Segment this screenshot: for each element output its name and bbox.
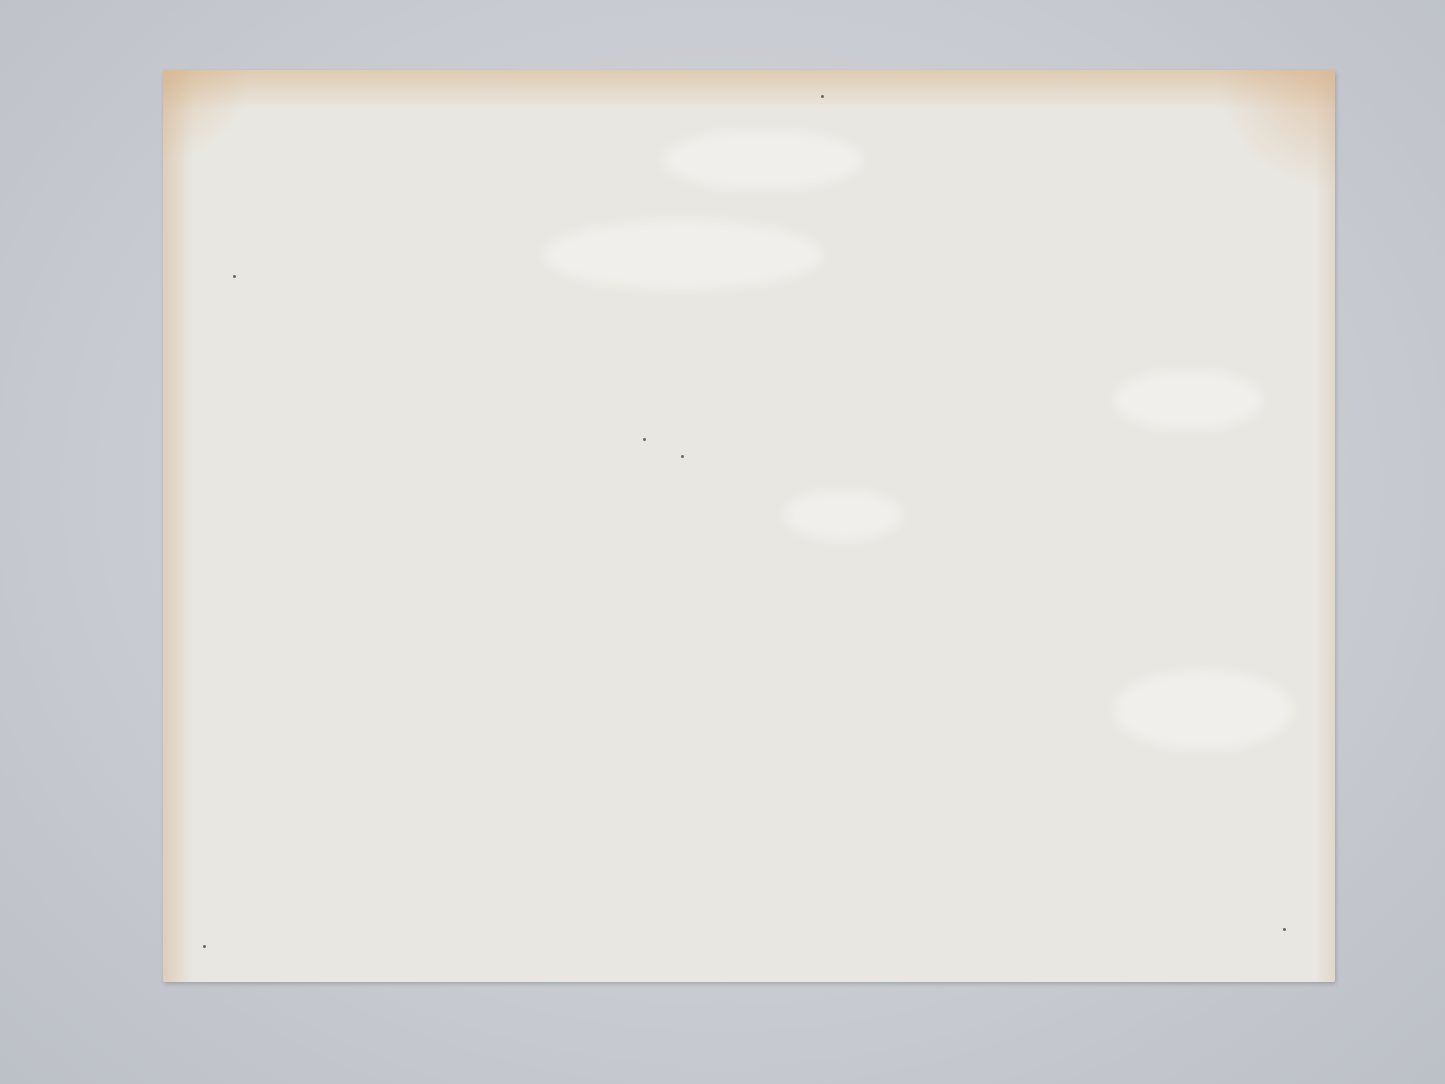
paper-crease (543, 220, 823, 290)
paper-speck (203, 945, 206, 948)
paper-crease (783, 490, 903, 540)
paper-sheet (163, 70, 1335, 982)
paper-speck (1283, 928, 1286, 931)
paper-crease (1113, 370, 1263, 430)
paper-speck (643, 438, 646, 441)
paper-speck (233, 275, 236, 278)
paper-speck (821, 95, 824, 98)
paper-speck (681, 455, 684, 458)
paper-crease (663, 130, 863, 190)
paper-crease (1113, 670, 1293, 750)
